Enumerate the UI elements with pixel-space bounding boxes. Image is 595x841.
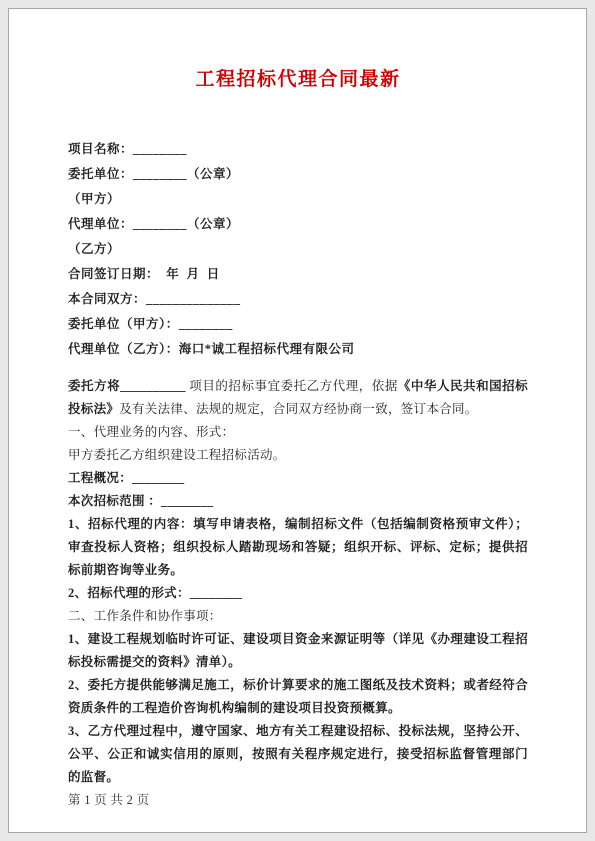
client-party-a-line: 委托单位（甲方）：________ bbox=[68, 312, 528, 337]
agency-form-line: 2、招标代理的形式：________ bbox=[68, 582, 528, 605]
sign-date-line: 合同签订日期： 年 月 日 bbox=[68, 262, 528, 287]
work-condition-clause-2: 2、委托方提供能够满足施工，标价计算要求的施工图纸及技术资料；或者经符合资质条件… bbox=[68, 674, 528, 720]
section-1-scope-line: 甲方委托乙方组织建设工程招标活动。 bbox=[68, 444, 528, 467]
agency-content-clause: 1、招标代理的内容：填写申请表格，编制招标文件（包括编制资格预审文件）；审查投标… bbox=[68, 513, 528, 582]
intro-paragraph: 委托方将__________ 项目的招标事宜委托乙方代理，依据《中华人民共和国招… bbox=[68, 375, 528, 421]
agent-unit-line: 代理单位：________（公章） bbox=[68, 212, 528, 237]
section-1-heading: 一、代理业务的内容、形式： bbox=[68, 421, 528, 444]
intro-entrusting-party: 委托方将__________ bbox=[68, 379, 186, 393]
party-b-line: （乙方） bbox=[68, 237, 528, 262]
section-2-heading: 二、工作条件和协作事项： bbox=[68, 605, 528, 628]
party-a-line: （甲方） bbox=[68, 187, 528, 212]
document-page: 工程招标代理合同最新 项目名称：________ 委托单位：________（公… bbox=[8, 8, 587, 833]
intro-delegation-text: 项目的招标事宜委托乙方代理，依据 bbox=[186, 379, 398, 393]
bidding-scope-line: 本次招标范围 ：________ bbox=[68, 490, 528, 513]
agent-party-b-line: 代理单位（乙方）：海口*诚工程招标代理有限公司 bbox=[68, 337, 528, 362]
client-unit-line: 委托单位：________（公章） bbox=[68, 162, 528, 187]
page-number-footer: 第 1 页 共 2 页 bbox=[68, 789, 528, 812]
intro-closing-text: 及有关法律、法规的规定，合同双方经协商一致，签订本合同。 bbox=[119, 402, 477, 416]
contract-body: 委托方将__________ 项目的招标事宜委托乙方代理，依据《中华人民共和国招… bbox=[68, 375, 528, 812]
work-condition-clause-1: 1、建设工程规划临时许可证、建设项目资金来源证明等（详见《办理建设工程招标投标需… bbox=[68, 628, 528, 674]
project-name-line: 项目名称：________ bbox=[68, 137, 528, 162]
project-overview-line: 工程概况：________ bbox=[68, 467, 528, 490]
work-condition-clause-3: 3、乙方代理过程中，遵守国家、地方有关工程建设招标、投标法规，坚持公开、公平、公… bbox=[68, 720, 528, 789]
both-parties-line: 本合同双方：______________ bbox=[68, 287, 528, 312]
document-title: 工程招标代理合同最新 bbox=[68, 67, 528, 93]
contract-header-block: 项目名称：________ 委托单位：________（公章） （甲方） 代理单… bbox=[68, 137, 528, 362]
